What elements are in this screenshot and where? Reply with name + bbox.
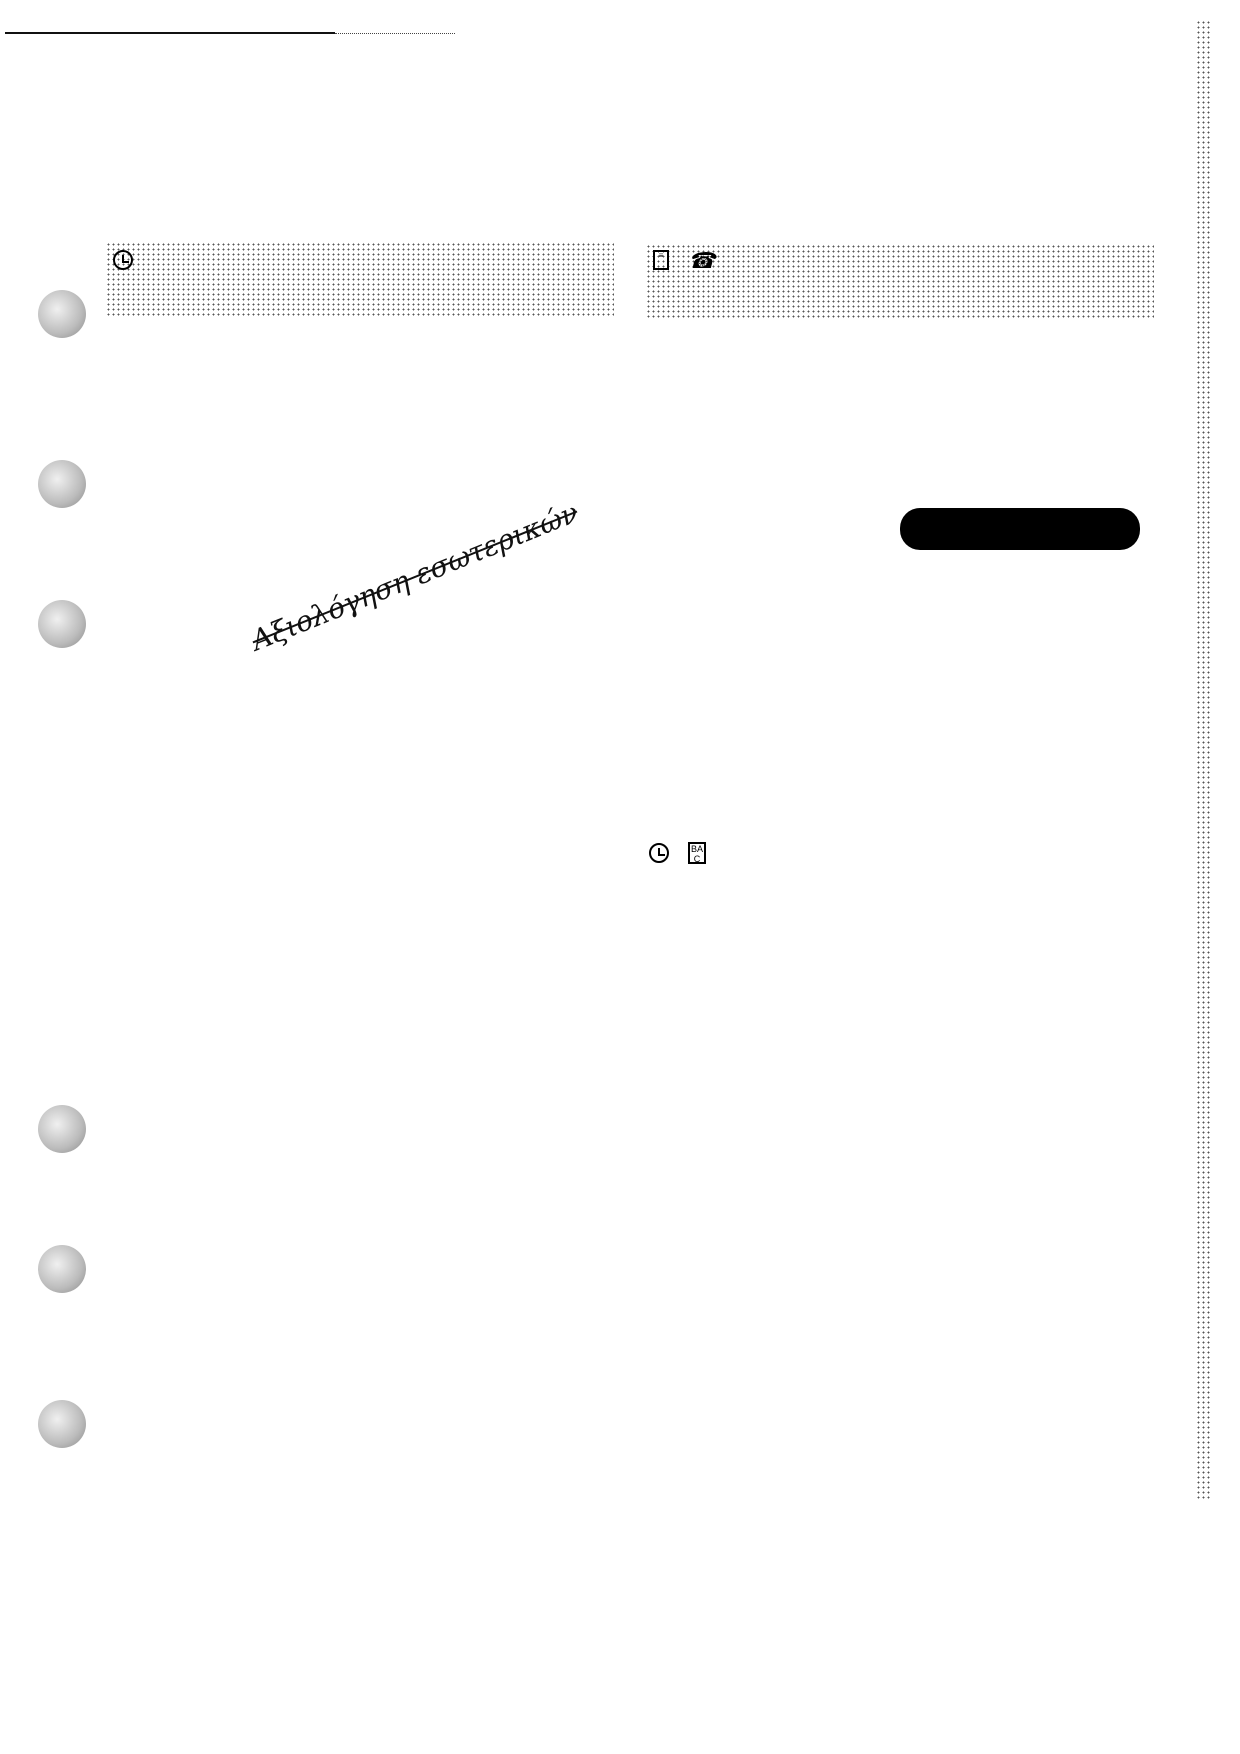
redaction-blot xyxy=(900,508,1140,550)
termine-header-shading xyxy=(106,242,614,318)
termine-section xyxy=(106,242,614,1682)
binder-hole xyxy=(38,1400,86,1448)
priority-abc-icon: BAC xyxy=(688,842,706,864)
page-edge-shadow xyxy=(1196,20,1212,1500)
binder-hole xyxy=(38,290,86,338)
phone-icon: ☎ xyxy=(688,248,715,274)
top-rule xyxy=(5,32,335,34)
kontakte-header-shading xyxy=(646,244,1154,320)
notepad-icon: ≡ xyxy=(653,250,669,270)
binder-hole xyxy=(38,1105,86,1153)
binder-hole xyxy=(38,600,86,648)
clock-icon xyxy=(113,250,133,270)
top-rule-dotted xyxy=(335,33,455,34)
binder-hole xyxy=(38,1245,86,1293)
clock-icon xyxy=(649,843,669,863)
binder-hole xyxy=(38,460,86,508)
